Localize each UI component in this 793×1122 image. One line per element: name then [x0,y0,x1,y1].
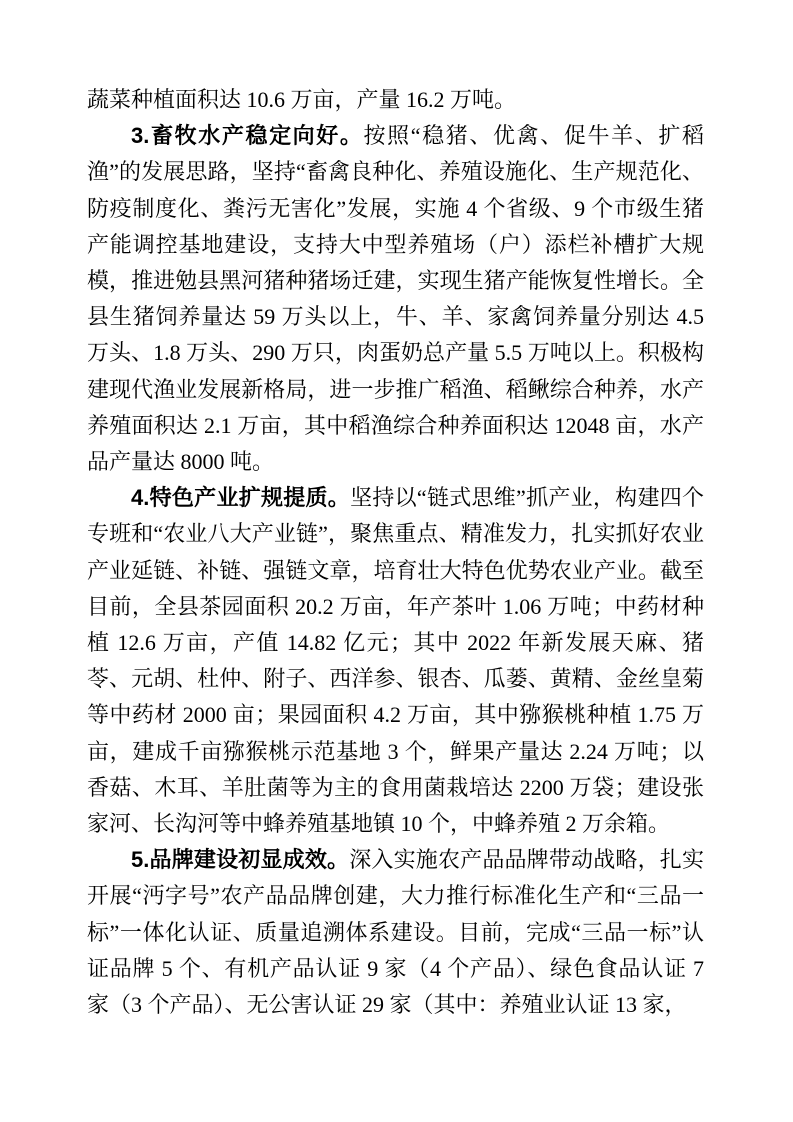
paragraph-body: 坚持以“链式思维”抓产业，构建四个专班和“农业八大产业链”，聚焦重点、精准发力，… [87,485,704,836]
paragraph-body: 深入实施农产品品牌带动战略，扎实开展“沔字号”农产品品牌创建，大力推行标准化生产… [87,847,704,1017]
document-text-block: 蔬菜种植面积达 10.6 万亩，产量 16.2 万吨。 3.畜牧水产稳定向好。按… [87,82,704,1023]
paragraph-body: 蔬菜种植面积达 10.6 万亩，产量 16.2 万吨。 [87,87,516,112]
paragraph-4-specialty-industries: 4.特色产业扩规提质。坚持以“链式思维”抓产业，构建四个专班和“农业八大产业链”… [87,480,704,842]
document-page: 蔬菜种植面积达 10.6 万亩，产量 16.2 万吨。 3.畜牧水产稳定向好。按… [0,0,793,1122]
paragraph-5-brand-building: 5.品牌建设初显成效。深入实施农产品品牌带动战略，扎实开展“沔字号”农产品品牌创… [87,842,704,1023]
paragraph-heading: 5.品牌建设初显成效。 [131,847,349,872]
paragraph-3-livestock-aquaculture: 3.畜牧水产稳定向好。按照“稳猪、优禽、促牛羊、扩稻渔”的发展思路，坚持“畜禽良… [87,118,704,480]
paragraph-heading: 4.特色产业扩规提质。 [131,485,350,510]
paragraph-heading: 3.畜牧水产稳定向好。 [131,123,364,148]
paragraph-body: 按照“稳猪、优禽、促牛羊、扩稻渔”的发展思路，坚持“畜禽良种化、养殖设施化、生产… [87,123,704,474]
paragraph-vegetable-continuation: 蔬菜种植面积达 10.6 万亩，产量 16.2 万吨。 [87,82,704,118]
